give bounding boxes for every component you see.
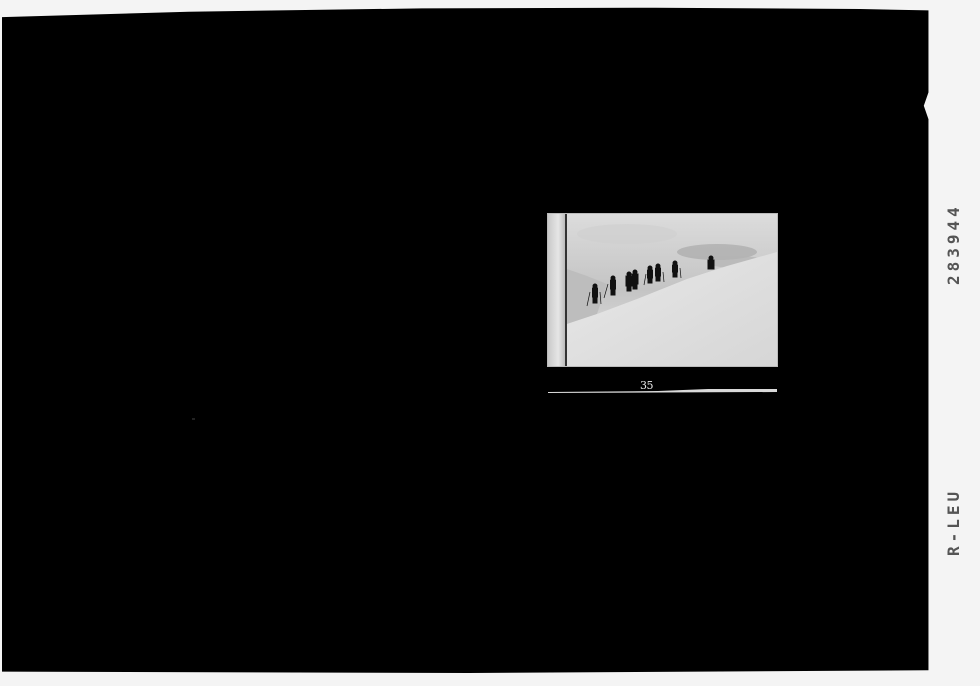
frame-leader-strip	[548, 214, 567, 366]
ski-tour-photo	[567, 214, 777, 366]
dust-speck	[192, 418, 195, 420]
film-edge-highlight	[548, 388, 777, 394]
negative-id-number: 283944	[944, 203, 963, 285]
negative-archive-code: R-LEU	[944, 488, 963, 556]
photo-frame	[547, 213, 778, 367]
film-negative	[2, 5, 935, 677]
